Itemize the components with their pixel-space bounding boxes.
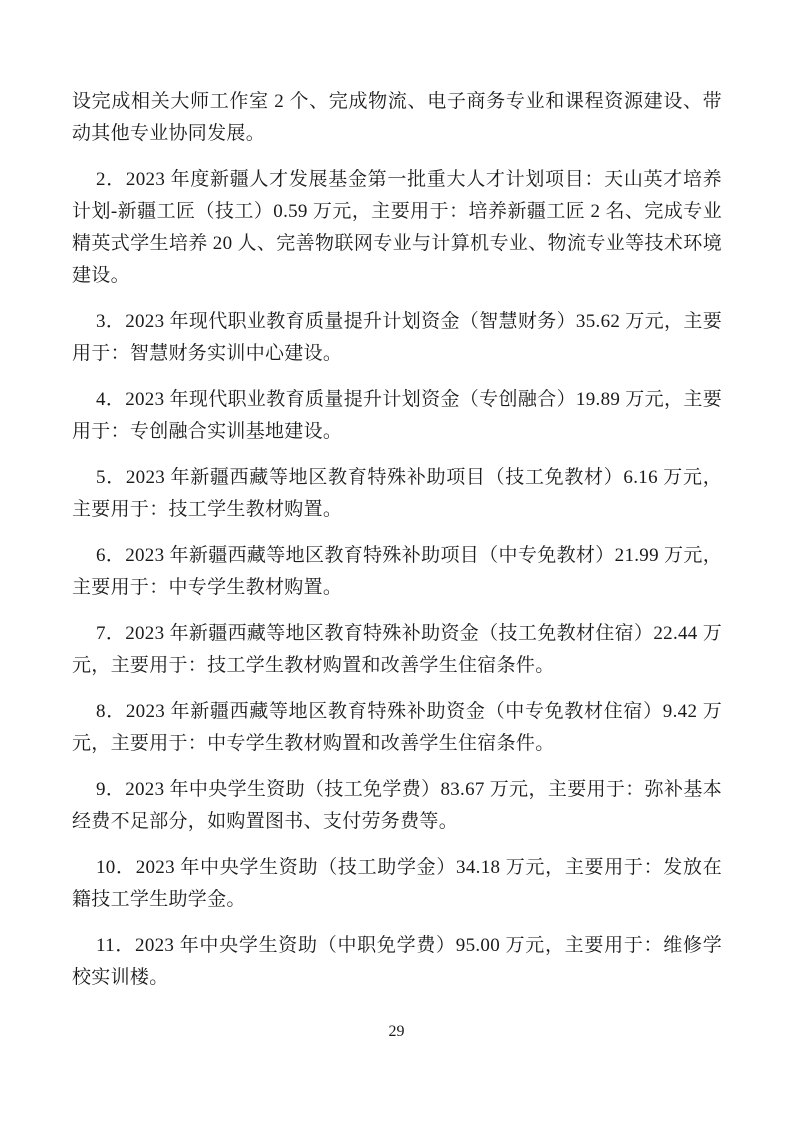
- paragraph: 5．2023 年新疆西藏等地区教育特殊补助项目（技工免教材）6.16 万元，主要…: [72, 462, 722, 526]
- paragraph: 7．2023 年新疆西藏等地区教育特殊补助资金（技工免教材住宿）22.44 万元…: [72, 618, 722, 682]
- page-footer: 29: [0, 1022, 793, 1042]
- paragraph: 4．2023 年现代职业教育质量提升计划资金（专创融合）19.89 万元，主要用…: [72, 384, 722, 448]
- paragraph: 设完成相关大师工作室 2 个、完成物流、电子商务专业和课程资源建设、带动其他专业…: [72, 86, 722, 150]
- paragraph: 10．2023 年中央学生资助（技工助学金）34.18 万元，主要用于：发放在籍…: [72, 852, 722, 916]
- paragraph: 3．2023 年现代职业教育质量提升计划资金（智慧财务）35.62 万元，主要用…: [72, 306, 722, 370]
- paragraph: 2．2023 年度新疆人才发展基金第一批重大人才计划项目：天山英才培养计划-新疆…: [72, 164, 722, 292]
- page-number: 29: [389, 1023, 405, 1040]
- paragraph: 9．2023 年中央学生资助（技工免学费）83.67 万元，主要用于：弥补基本经…: [72, 774, 722, 838]
- document-body: 设完成相关大师工作室 2 个、完成物流、电子商务专业和课程资源建设、带动其他专业…: [72, 86, 722, 994]
- paragraph: 11．2023 年中央学生资助（中职免学费）95.00 万元，主要用于：维修学校…: [72, 930, 722, 994]
- document-page: 设完成相关大师工作室 2 个、完成物流、电子商务专业和课程资源建设、带动其他专业…: [0, 0, 793, 1122]
- paragraph: 6．2023 年新疆西藏等地区教育特殊补助项目（中专免教材）21.99 万元，主…: [72, 540, 722, 604]
- paragraph: 8．2023 年新疆西藏等地区教育特殊补助资金（中专免教材住宿）9.42 万元，…: [72, 696, 722, 760]
